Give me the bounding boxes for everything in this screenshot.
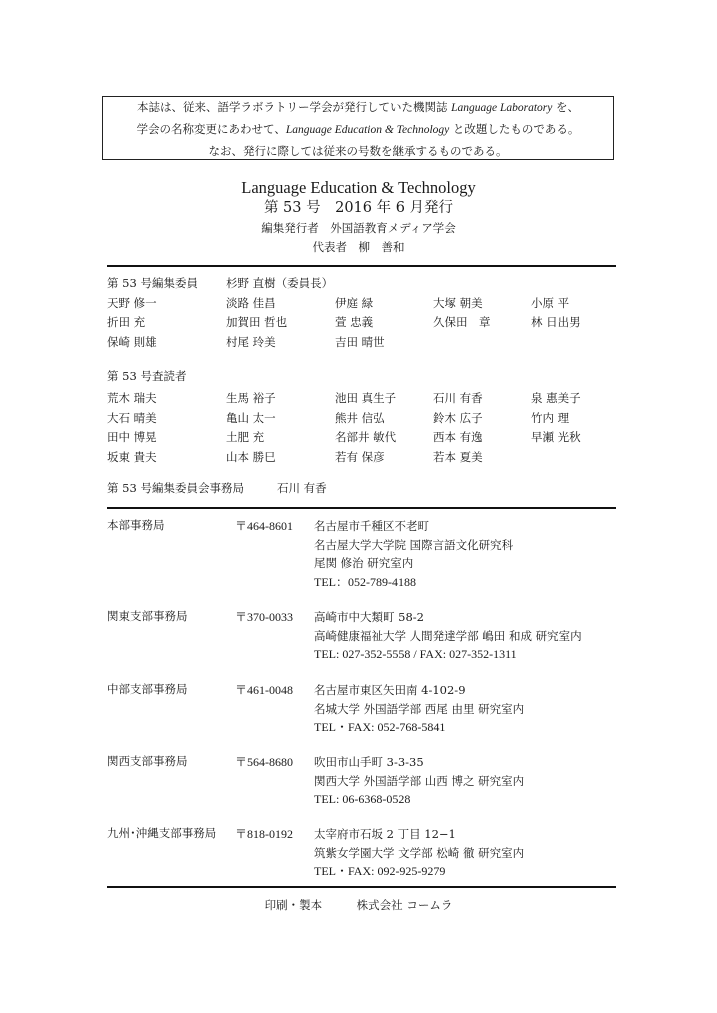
reviewer-name: 早瀬 光秋 — [531, 428, 617, 448]
reviewer-name: 泉 惠美子 — [531, 389, 617, 409]
secretariat: 第 53 号編集委員会事務局 石川 有香 — [107, 479, 617, 499]
publisher: 編集発行者 外国語教育メディア学会 — [0, 219, 717, 238]
postal-code: 〒564-8680 — [235, 753, 293, 770]
address-line: 太宰府市石坂 2 丁目 12−1 — [314, 825, 524, 844]
reviewer-row: 大石 晴美 亀山 太一 熊井 信弘 鈴木 広子 竹内 理 — [107, 409, 617, 429]
masthead: Language Education & Technology 第 53 号 2… — [0, 178, 717, 257]
section-heading: 第 53 号査読者 — [107, 367, 186, 389]
journal-title: Language Education & Technology — [0, 178, 717, 198]
notice-text: を、 — [552, 100, 579, 114]
editorial-committee: 第 53 号編集委員 杉野 直樹（委員長） 天野 修一 淡路 佳昌 伊庭 緑 大… — [107, 274, 617, 352]
member-name: 久保田 章 — [433, 313, 531, 333]
notice-line-2: 学会の名称変更にあわせて、Language Education & Techno… — [103, 119, 613, 141]
reviewer-row: 田中 博晃 土肥 充 名部井 敏代 西本 有逸 早瀬 光秋 — [107, 428, 617, 448]
office-address: 高崎市中大類町 58-2 高崎健康福祉大学 人間発達学部 嶋田 和成 研究室内 … — [314, 608, 582, 664]
reviewer-name: 池田 真生子 — [335, 389, 433, 409]
office-name: 中部支部事務局 — [107, 681, 188, 697]
reviewers: 第 53 号査読者 荒木 瑞夫 生馬 裕子 池田 真生子 石川 有香 泉 惠美子… — [107, 367, 617, 467]
notice-line-1: 本誌は、従来、語学ラボラトリー学会が発行していた機関誌 Language Lab… — [103, 97, 613, 119]
office-name: 本部事務局 — [107, 517, 165, 533]
phone-line: TEL: 027-352-5558 / FAX: 027-352-1311 — [314, 645, 582, 664]
reviewer-name: 生馬 裕子 — [226, 389, 335, 409]
reviewer-row: 坂東 貴夫 山本 勝巳 若有 保彦 若本 夏美 — [107, 448, 617, 468]
notice-text: と改題したものである。 — [449, 122, 579, 136]
notice-text: 学会の名称変更にあわせて、 — [137, 122, 286, 136]
reviewer-name: 若有 保彦 — [335, 448, 433, 468]
secretariat-name: 石川 有香 — [277, 479, 327, 499]
member-name: 林 日出男 — [531, 313, 617, 333]
notice-text: 本誌は、従来、語学ラボラトリー学会が発行していた機関誌 — [137, 100, 451, 114]
office-address: 名古屋市千種区不老町 名古屋大学大学院 国際言語文化研究科 尾関 修治 研究室内… — [314, 517, 513, 591]
address-line: 高崎市中大類町 58-2 — [314, 608, 582, 627]
reviewers-heading-row: 第 53 号査読者 — [107, 367, 617, 389]
reviewer-name: 大石 晴美 — [107, 409, 226, 429]
reviewer-name: 名部井 敏代 — [335, 428, 433, 448]
postal-code: 〒818-0192 — [235, 825, 293, 842]
phone-line: TEL・FAX: 092-925-9279 — [314, 862, 524, 881]
new-journal-title: Language Education & Technology — [286, 124, 449, 136]
member-name: 加賀田 哲也 — [226, 313, 335, 333]
member-name — [433, 333, 531, 353]
reviewer-name: 鈴木 広子 — [433, 409, 531, 429]
reviewer-name: 竹内 理 — [531, 409, 617, 429]
reviewer-name: 荒木 瑞夫 — [107, 389, 226, 409]
member-name: 天野 修一 — [107, 294, 226, 314]
section-heading: 第 53 号編集委員 — [107, 274, 226, 294]
office-address: 吹田市山手町 3-3-35 関西大学 外国語学部 山西 博之 研究室内 TEL:… — [314, 753, 524, 809]
reviewer-name: 土肥 充 — [226, 428, 335, 448]
notice-box: 本誌は、従来、語学ラボラトリー学会が発行していた機関誌 Language Lab… — [102, 96, 614, 160]
member-name — [531, 333, 617, 353]
member-name: 小原 平 — [531, 294, 617, 314]
member-name: 保崎 則雄 — [107, 333, 226, 353]
postal-code: 〒464-8601 — [235, 517, 293, 534]
representative: 代表者 柳 善和 — [0, 238, 717, 257]
member-row: 折田 充 加賀田 哲也 萱 忠義 久保田 章 林 日出男 — [107, 313, 617, 333]
issue-info: 第 53 号 2016 年 6 月発行 — [0, 198, 717, 218]
reviewer-name: 亀山 太一 — [226, 409, 335, 429]
address-line: 高崎健康福祉大学 人間発達学部 嶋田 和成 研究室内 — [314, 627, 582, 646]
member-name: 大塚 朝美 — [433, 294, 531, 314]
reviewer-name: 若本 夏美 — [433, 448, 531, 468]
member-name: 萱 忠義 — [335, 313, 433, 333]
divider — [107, 265, 616, 267]
printer-label: 印刷・製本 — [265, 898, 323, 912]
reviewer-name: 西本 有逸 — [433, 428, 531, 448]
address-line: 関西大学 外国語学部 山西 博之 研究室内 — [314, 772, 524, 791]
notice-line-3: なお、発行に際しては従来の号数を継承するものである。 — [103, 141, 613, 162]
address-line: 名古屋大学大学院 国際言語文化研究科 — [314, 536, 513, 555]
postal-code: 〒370-0033 — [235, 608, 293, 625]
reviewer-name: 熊井 信弘 — [335, 409, 433, 429]
reviewer-name: 田中 博晃 — [107, 428, 226, 448]
office-name: 関東支部事務局 — [107, 608, 188, 624]
office-address: 太宰府市石坂 2 丁目 12−1 筑紫女学園大学 文学部 松崎 徹 研究室内 T… — [314, 825, 524, 881]
address-line: 尾関 修治 研究室内 — [314, 554, 513, 573]
member-name: 吉田 晴世 — [335, 333, 433, 353]
member-name: 折田 充 — [107, 313, 226, 333]
printer-credit: 印刷・製本 株式会社 コームラ — [0, 897, 717, 913]
postal-code: 〒461-0048 — [235, 681, 293, 698]
editorial-committee-heading-row: 第 53 号編集委員 杉野 直樹（委員長） — [107, 274, 617, 294]
reviewer-row: 荒木 瑞夫 生馬 裕子 池田 真生子 石川 有香 泉 惠美子 — [107, 389, 617, 409]
member-name: 伊庭 緑 — [335, 294, 433, 314]
reviewer-name: 山本 勝巳 — [226, 448, 335, 468]
phone-line: TEL・FAX: 052-768-5841 — [314, 718, 524, 737]
former-journal-title: Language Laboratory — [451, 102, 552, 114]
divider — [107, 886, 616, 888]
member-name: 淡路 佳昌 — [226, 294, 335, 314]
reviewer-name — [531, 448, 617, 468]
phone-line: TEL：052-789-4188 — [314, 573, 513, 592]
phone-line: TEL: 06-6368-0528 — [314, 790, 524, 809]
member-row: 保崎 則雄 村尾 玲美 吉田 晴世 — [107, 333, 617, 353]
divider — [107, 507, 616, 509]
office-name: 九州･沖縄支部事務局 — [107, 825, 216, 841]
section-heading: 第 53 号編集委員会事務局 — [107, 479, 277, 499]
secretariat-row: 第 53 号編集委員会事務局 石川 有香 — [107, 479, 617, 499]
member-name: 村尾 玲美 — [226, 333, 335, 353]
address-line: 筑紫女学園大学 文学部 松崎 徹 研究室内 — [314, 844, 524, 863]
address-line: 吹田市山手町 3-3-35 — [314, 753, 524, 772]
address-line: 名城大学 外国語学部 西尾 由里 研究室内 — [314, 700, 524, 719]
address-line: 名古屋市千種区不老町 — [314, 517, 513, 536]
office-address: 名古屋市東区矢田南 4-102-9 名城大学 外国語学部 西尾 由里 研究室内 … — [314, 681, 524, 737]
printer-company: 株式会社 コームラ — [357, 898, 453, 912]
committee-chair: 杉野 直樹（委員長） — [226, 274, 333, 294]
member-row: 天野 修一 淡路 佳昌 伊庭 緑 大塚 朝美 小原 平 — [107, 294, 617, 314]
office-name: 関西支部事務局 — [107, 753, 188, 769]
reviewer-name: 石川 有香 — [433, 389, 531, 409]
reviewer-name: 坂東 貴夫 — [107, 448, 226, 468]
address-line: 名古屋市東区矢田南 4-102-9 — [314, 681, 524, 700]
